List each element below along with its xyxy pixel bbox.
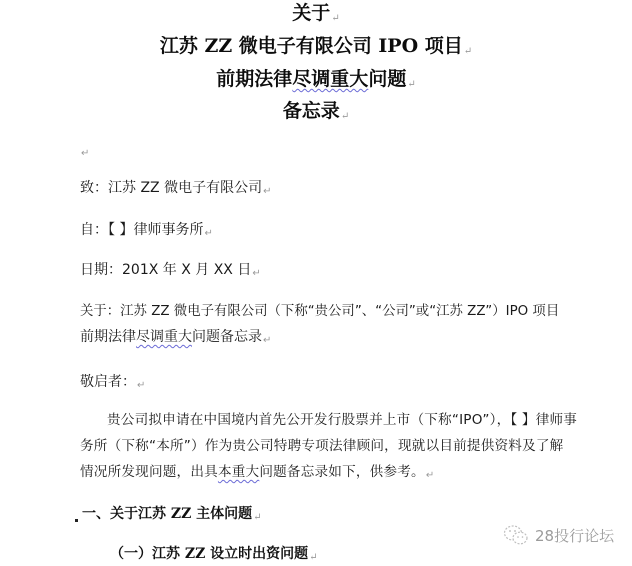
body-text: 贵公司拟申请在中国境内首先公开发行股票并上市（下称“IPO”），【 】律师事: [107, 412, 577, 428]
paragraph-mark-icon: ↵: [253, 512, 261, 523]
to-text: 致：江苏 ZZ 微电子有限公司: [80, 180, 262, 196]
re-text: 问题备忘录: [192, 329, 262, 345]
wechat-icon: [503, 524, 529, 546]
body-line-1: 贵公司拟申请在中国境内首先公开发行股票并上市（下称“IPO”），【 】律师事: [107, 411, 577, 429]
body-line-2: 务所（下称“本所”）作为贵公司特聘专项法律顾问，现就以目前提供资料及了解: [80, 437, 563, 455]
body-text: 问题备忘录如下，供参考。: [259, 464, 425, 480]
spellcheck-underlined-text: 尽调重大: [136, 329, 192, 345]
from-text: 自：【 】律师事务所: [80, 222, 203, 238]
paragraph-mark-icon: ↵: [204, 228, 212, 239]
to-line: 致：江苏 ZZ 微电子有限公司↵: [80, 179, 271, 201]
title-line-3: 前期法律尽调重大问题↵: [0, 68, 632, 96]
spellcheck-underlined-text: 本重大: [218, 464, 259, 480]
title-line-4: 备忘录↵: [0, 100, 632, 128]
bullet-marker: [75, 519, 78, 522]
paragraph-mark-icon: ↵: [263, 186, 271, 197]
re-text: 关于：江苏 ZZ 微电子有限公司（下称“贵公司”、“公司”或“江苏 ZZ”）IP…: [80, 304, 559, 319]
date-line: 日期：201X 年 X 月 XX 日↵: [80, 261, 261, 283]
watermark: 28投行论坛: [503, 524, 614, 546]
title-text: 关于: [292, 2, 330, 24]
paragraph-mark-icon: ↵: [464, 46, 472, 57]
title-line-2: 江苏 ZZ 微电子有限公司 IPO 项目↵: [0, 35, 632, 63]
title-text: 备忘录: [283, 100, 340, 122]
from-line: 自：【 】律师事务所↵: [80, 221, 213, 243]
paragraph-mark-icon: ↵: [137, 380, 145, 391]
re-text: 前期法律: [80, 329, 136, 345]
empty-paragraph: ↵: [80, 141, 89, 163]
paragraph-mark-icon: ↵: [263, 335, 271, 346]
salutation-text: 敬启者：: [80, 374, 136, 390]
paragraph-mark-icon: ↵: [341, 111, 349, 122]
date-text: 日期：201X 年 X 月 XX 日: [80, 262, 251, 278]
paragraph-mark-icon: ↵: [81, 148, 89, 159]
title-text: 问题: [368, 68, 406, 90]
paragraph-mark-icon: ↵: [331, 13, 339, 24]
paragraph-mark-icon: ↵: [252, 268, 260, 279]
title-line-1: 关于↵: [0, 2, 632, 30]
paragraph-mark-icon: ↵: [426, 470, 435, 481]
heading-text: 一、关于江苏 ZZ 主体问题: [82, 506, 252, 522]
title-text: 前期法律: [216, 68, 292, 90]
heading-text: （一）江苏 ZZ 设立时出资问题: [110, 546, 308, 562]
paragraph-mark-icon: ↵: [309, 552, 317, 563]
subsection-heading-1: （一）江苏 ZZ 设立时出资问题↵: [110, 545, 318, 566]
paragraph-mark-icon: ↵: [407, 79, 415, 90]
salutation-line: 敬启者：↵: [80, 373, 145, 395]
title-text: 江苏 ZZ 微电子有限公司 IPO 项目: [160, 35, 463, 57]
spellcheck-underlined-text: 尽调重大: [292, 68, 368, 90]
re-line-2: 前期法律尽调重大问题备忘录↵: [80, 328, 271, 350]
body-line-3: 情况所发现问题，出具本重大问题备忘录如下，供参考。↵: [80, 463, 434, 485]
watermark-text: 28投行论坛: [535, 525, 614, 546]
body-text: 情况所发现问题，出具: [80, 464, 218, 480]
body-text: 务所（下称“本所”）作为贵公司特聘专项法律顾问，现就以目前提供资料及了解: [80, 438, 563, 454]
re-line-1: 关于：江苏 ZZ 微电子有限公司（下称“贵公司”、“公司”或“江苏 ZZ”）IP…: [80, 303, 559, 321]
section-heading-1: 一、关于江苏 ZZ 主体问题↵: [82, 505, 262, 527]
